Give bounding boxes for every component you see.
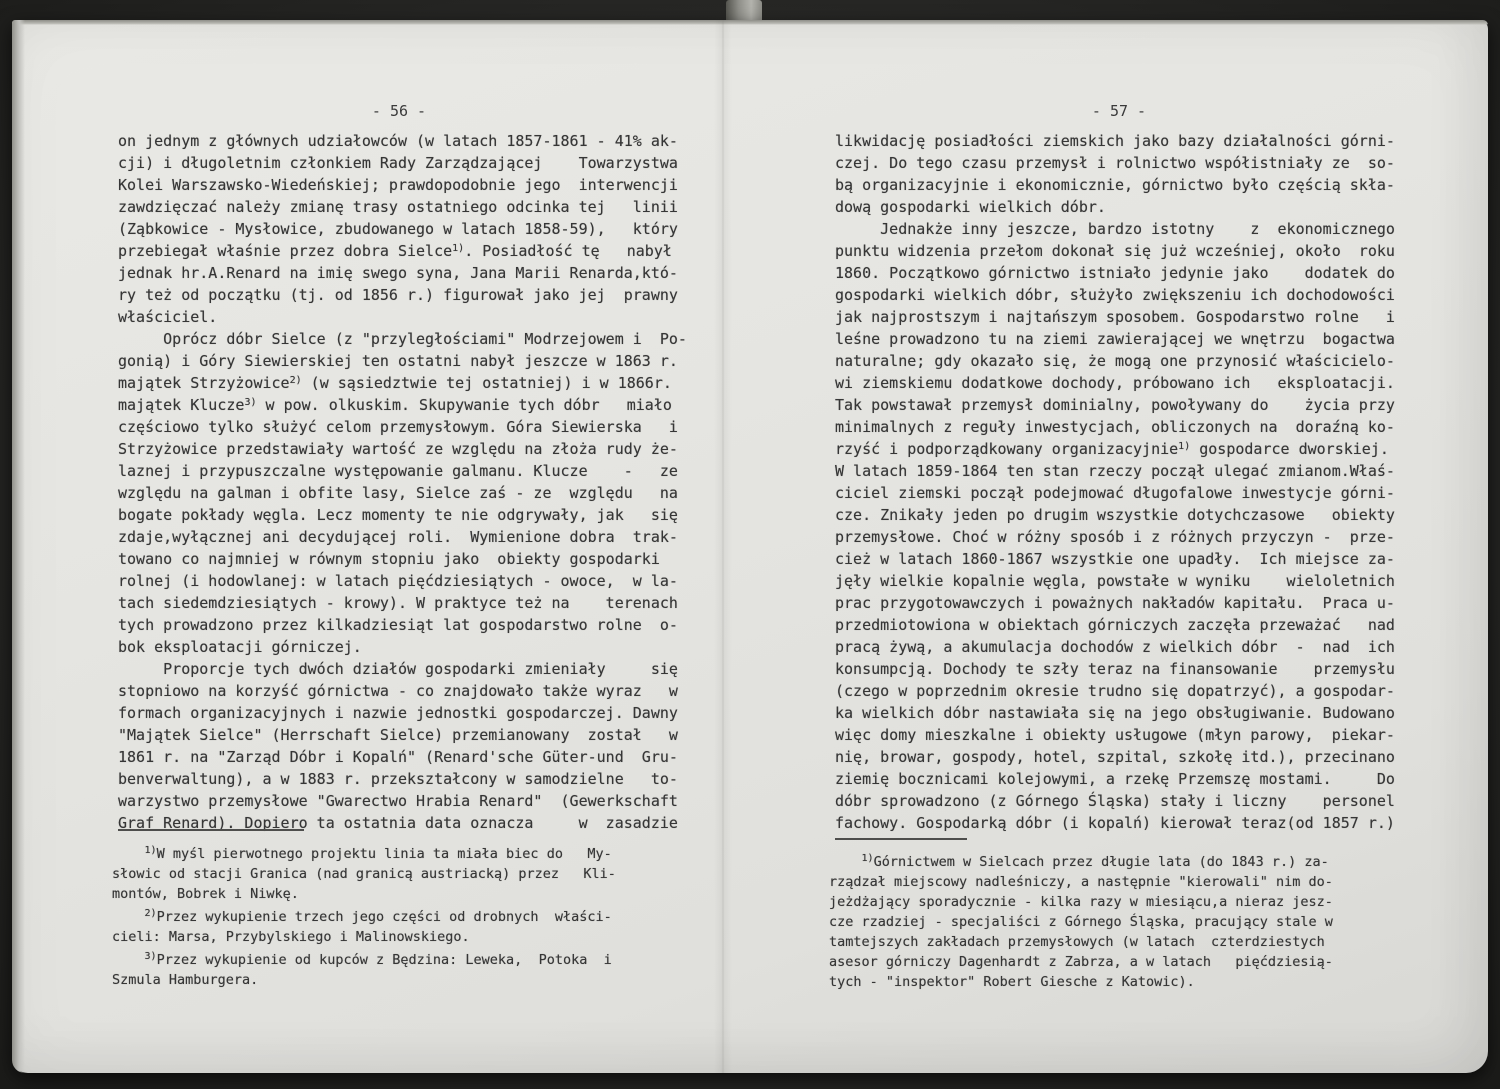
text-line: prac przygotowawczych i poważnych nakład…	[835, 592, 1395, 614]
text-line: jednak hr.A.Renard na imię swego syna, J…	[118, 262, 687, 284]
text-line: towano co najmniej w równym stopniu jako…	[118, 548, 687, 570]
footnote-group: 3)Przez wykupienie od kupców z Będzina: …	[112, 950, 616, 990]
text-line: stopniowo na korzyść górnictwa - co znaj…	[118, 680, 687, 702]
text-line: rolnej (i hodowlanej: w latach pięćdzies…	[118, 570, 687, 592]
text-line: benverwaltung), a w 1883 r. przekształco…	[118, 768, 687, 790]
text-line: 2)Przez wykupienie trzech jego części od…	[112, 907, 616, 927]
page-56: - 56 - on jednym z głównych udziałowców …	[12, 20, 723, 1073]
text-line: przemysłowe. Choć w różny sposób i z róż…	[835, 526, 1395, 548]
text-line: warzystwo przemysłowe "Gwarectwo Hrabia …	[118, 790, 687, 812]
text-line: 1861 r. na "Zarząd Dóbr i Kopalń" (Renar…	[118, 746, 687, 768]
text-line: Proporcje tych dwóch działów gospodarki …	[118, 658, 687, 680]
text-line: tach siedemdziesiątych - krowy). W prakt…	[118, 592, 687, 614]
text-line: laznej i przypuszczalne występowanie gal…	[118, 460, 687, 482]
text-line: Oprócz dóbr Sielce (z "przyległościami" …	[118, 328, 687, 350]
text-line: tych - "inspektor" Robert Giesche z Kato…	[829, 972, 1333, 992]
text-line: rządzał miejscowy nadleśniczy, a następn…	[829, 872, 1333, 892]
text-line: on jednym z głównych udziałowców (w lata…	[118, 130, 687, 152]
text-line: cze rzadziej - specjaliści z Górnego Ślą…	[829, 912, 1333, 932]
footnote-group: 1)W myśl pierwotnego projektu linia ta m…	[112, 844, 616, 904]
text-line: cji) i długoletnim członkiem Rady Zarząd…	[118, 152, 687, 174]
text-line: 1)Górnictwem w Sielcach przez długie lat…	[829, 852, 1333, 872]
text-line: majątek Strzyżowice2) (w sąsiedztwie tej…	[118, 372, 687, 394]
text-line: ka wielkich dóbr nastawiała się na jego …	[835, 702, 1395, 724]
text-line: więc domy mieszkalne i obiekty usługowe …	[835, 724, 1395, 746]
text-line: pracą żywą, a akumulacja dochodów z wiel…	[835, 636, 1395, 658]
text-line: jęły wielkie kopalnie węgla, powstałe w …	[835, 570, 1395, 592]
text-line: konsumpcją. Dochody te szły teraz na fin…	[835, 658, 1395, 680]
text-line: (czego w poprzednim okresie trudno się d…	[835, 680, 1395, 702]
book-spread: - 56 - on jednym z głównych udziałowców …	[12, 20, 1488, 1073]
text-line: Kolei Warszawsko-Wiedeńskiej; prawdopodo…	[118, 174, 687, 196]
text-line: jeżdżający sporadycznie - kilka razy w m…	[829, 892, 1333, 912]
text-line: rzyść i podporządkowany organizacyjnie1)…	[835, 438, 1395, 460]
text-line: bą organizacyjnie i ekonomicznie, górnic…	[835, 174, 1395, 196]
text-line: Jednakże inny jeszcze, bardzo istotny z …	[835, 218, 1395, 240]
text-line: Strzyżowice przedstawiały wartość ze wzg…	[118, 438, 687, 460]
text-line: 3)Przez wykupienie od kupców z Będzina: …	[112, 950, 616, 970]
text-line: bok eksploatacji górniczej.	[118, 636, 687, 658]
text-line: bogate pokłady węgla. Lecz momenty te ni…	[118, 504, 687, 526]
text-line: naturalne; gdy okazało się, że mogą one …	[835, 350, 1395, 372]
text-line: tych prowadzono przez kilkadziesiąt lat …	[118, 614, 687, 636]
text-line: punktu widzenia przełom dokonał się już …	[835, 240, 1395, 262]
text-line: czej. Do tego czasu przemysł i rolnictwo…	[835, 152, 1395, 174]
text-line: 1)W myśl pierwotnego projektu linia ta m…	[112, 844, 616, 864]
text-line: fachowy. Gospodarką dóbr (i kopalń) kier…	[835, 812, 1395, 834]
text-line: likwidację posiadłości ziemskich jako ba…	[835, 130, 1395, 152]
text-line: ciciel ziemski począł podejmować długofa…	[835, 482, 1395, 504]
text-line: majątek Klucze3) w pow. olkuskim. Skupyw…	[118, 394, 687, 416]
text-line: jak najprostszym i najtańszym sposobem. …	[835, 306, 1395, 328]
text-line: gospodarki wielkich dóbr, służyło zwięks…	[835, 284, 1395, 306]
page-number: - 56 -	[118, 100, 680, 122]
text-line: ziemię bocznicami kolejowymi, a rzekę Pr…	[835, 768, 1395, 790]
text-line: "Majątek Sielce" (Herrschaft Sielce) prz…	[118, 724, 687, 746]
book-spine	[714, 20, 732, 1073]
footnote-group: 1)Górnictwem w Sielcach przez długie lat…	[829, 852, 1333, 992]
text-line: leśne prowadzono tu na ziemi zawierające…	[835, 328, 1395, 350]
text-line: przedmiotowiona w obiektach górniczych z…	[835, 614, 1395, 636]
text-line: ry też od początku (tj. od 1856 r.) figu…	[118, 284, 687, 306]
main-text-block: likwidację posiadłości ziemskich jako ba…	[835, 130, 1395, 834]
text-line: formach organizacyjnych i nazwie jednost…	[118, 702, 687, 724]
text-line: dową gospodarki wielkich dóbr.	[835, 196, 1395, 218]
text-line: minimalnych z reguły inwestycjach, oblic…	[835, 416, 1395, 438]
text-line: przebiegał właśnie przez dobra Sielce1).…	[118, 240, 687, 262]
footnote-divider	[835, 838, 967, 840]
text-line: 1860. Początkowo górnictwo istniało jedy…	[835, 262, 1395, 284]
text-line: zdaje,wyłącznej ani decydującej roli. Wy…	[118, 526, 687, 548]
text-line: względu na galman i obfite lasy, Sielce …	[118, 482, 687, 504]
text-line: gonią) i Góry Siewierskiej ten ostatni n…	[118, 350, 687, 372]
scan-background: - 56 - on jednym z głównych udziałowców …	[0, 0, 1500, 1089]
page-number: - 57 -	[835, 100, 1403, 122]
text-line: asesor górniczy Dagenhardt z Zabrza, a w…	[829, 952, 1333, 972]
text-line: nię, browar, gospody, hotel, szpital, sz…	[835, 746, 1395, 768]
text-line: właściciel.	[118, 306, 687, 328]
text-line: cieli: Marsa, Przybylskiego i Malinowski…	[112, 927, 616, 947]
footnotes-block: 1)W myśl pierwotnego projektu linia ta m…	[112, 844, 616, 993]
text-line: (Ząbkowice - Mysłowice, zbudowanego w la…	[118, 218, 687, 240]
text-line: Tak powstawał przemysł dominialny, powoł…	[835, 394, 1395, 416]
text-line: wi ziemskiemu dodatkowe dochody, próbowa…	[835, 372, 1395, 394]
footnote-group: 2)Przez wykupienie trzech jego części od…	[112, 907, 616, 947]
footnotes-block: 1)Górnictwem w Sielcach przez długie lat…	[829, 852, 1333, 995]
text-line: montów, Bobrek i Niwkę.	[112, 884, 616, 904]
text-line: słowic od stacji Granica (nad granicą au…	[112, 864, 616, 884]
text-line: Szmula Hamburgera.	[112, 970, 616, 990]
footnote-divider	[118, 829, 304, 831]
main-text-block: on jednym z głównych udziałowców (w lata…	[118, 130, 687, 834]
text-line: cież w latach 1860-1867 wszystkie one up…	[835, 548, 1395, 570]
text-line: cze. Znikały jeden po drugim wszystkie d…	[835, 504, 1395, 526]
text-line: W latach 1859-1864 ten stan rzeczy począ…	[835, 460, 1395, 482]
text-line: zawdzięczać należy zmianę trasy ostatnie…	[118, 196, 687, 218]
text-line: tamtejszych zakładach przemysłowych (w l…	[829, 932, 1333, 952]
text-line: dóbr sprowadzono (z Górnego Śląska) stał…	[835, 790, 1395, 812]
page-57: - 57 - likwidację posiadłości ziemskich …	[723, 20, 1488, 1073]
text-line: częściowo tylko służyć celom przemysłowy…	[118, 416, 687, 438]
